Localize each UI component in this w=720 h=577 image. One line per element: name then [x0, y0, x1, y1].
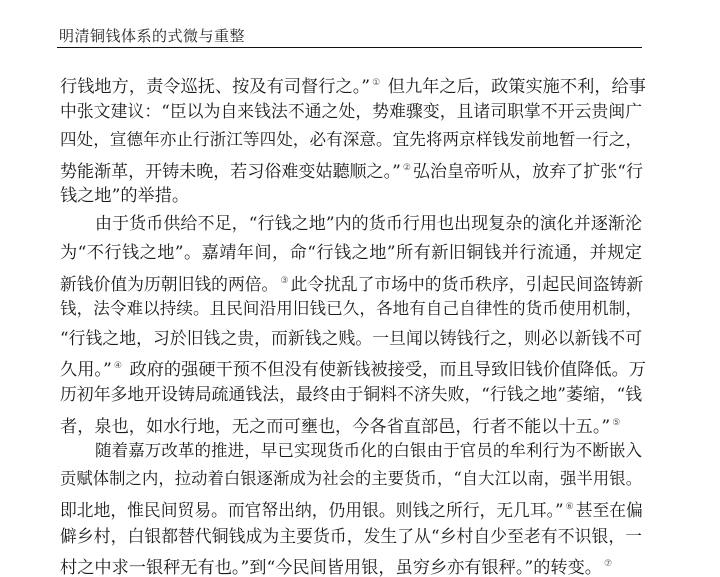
text-line: 四处，宣德年亦止行浙江等四处，必有深意。宜先将两京样钱发前地暂一行之，: [60, 126, 642, 154]
text-line: 久用。”④ 政府的强硬干预不但没有使新钱被接受，而且导致旧钱价值降低。万: [60, 352, 642, 380]
text-line: 新钱价值为历朝旧钱的两倍。③此令扰乱了市场中的货币秩序，引起民间盗铸新: [60, 267, 642, 295]
line-text: 钱之地”的举措。: [60, 186, 189, 206]
text-line: 历初年多地开设铸局疏通钱法，最终由于铜料不济失败，“行钱之地”萎缩，“钱: [60, 380, 642, 408]
footnote-marker[interactable]: ④: [114, 361, 122, 371]
line-text: 久用。”: [60, 360, 112, 380]
line-text: 但九年之后，政策实施不利，给事: [382, 77, 646, 97]
line-text: 者，泉也，如水行地，无之而可壅也，今各省直部邑，行者不能以十五。”: [60, 417, 610, 437]
line-text: 由于货币供给不足，“行钱之地”内的货币行用也出现复杂的演化并逐渐沦: [95, 214, 642, 234]
document-page: 明清铜钱体系的式微与重整 行钱地方，责令巡抚、按及有司督行之。”① 但九年之后，…: [0, 0, 720, 577]
text-line: 中张文建议：“臣以为自来钱法不通之处，势难骤变，且诸司职掌不开云贵闽广: [60, 97, 642, 125]
footnote-marker[interactable]: ⑥: [566, 502, 574, 512]
text-line: 村之中求一银秤无有也。”到“今民间皆用银，虽穷乡亦有银秤。”的转变。⑦: [60, 550, 642, 577]
footnote-marker[interactable]: ③: [280, 276, 288, 286]
text-line: 随着嘉万改革的推进，早已实现货币化的白银由于官员的牟利行为不断嵌入: [60, 437, 642, 465]
line-text: 行钱地方，责令巡抚、按及有司督行之。”: [60, 77, 370, 97]
footnote-marker[interactable]: ②: [403, 163, 411, 173]
running-head-title: 明清铜钱体系的式微与重整: [59, 25, 245, 46]
header-rule: [57, 47, 642, 48]
line-text: 村之中求一银秤无有也。”到“今民间皆用银，虽穷乡亦有银秤。”的转变。: [60, 558, 602, 577]
line-text: 四处，宣德年亦止行浙江等四处，必有深意。宜先将两京样钱发前地暂一行之，: [60, 130, 642, 149]
body-text: 行钱地方，责令巡抚、按及有司督行之。”① 但九年之后，政策实施不利，给事 中张文…: [60, 69, 642, 577]
line-text: 政府的强硬干预不但没有使新钱被接受，而且导致旧钱价值降低。万: [124, 360, 646, 380]
text-line: 者，泉也，如水行地，无之而可壅也，今各省直部邑，行者不能以十五。”⑤: [60, 409, 642, 437]
footnote-marker[interactable]: ⑤: [612, 418, 620, 428]
text-line: 行钱地方，责令巡抚、按及有司督行之。”① 但九年之后，政策实施不利，给事: [60, 69, 642, 97]
line-text: 中张文建议：“臣以为自来钱法不通之处，势难骤变，且诸司职掌不开云贵闽广: [60, 101, 642, 121]
text-line: 即北地，惟民间贸易。而官帑出纳，仍用银。则钱之所行，无几耳。”⑥甚至在偏: [60, 493, 642, 521]
line-text: 即北地，惟民间贸易。而官帑出纳，仍用银。则钱之所行，无几耳。”: [60, 500, 564, 520]
line-text: “行钱之地，习於旧钱之贵，而新钱之贱。一旦闻以铸钱行之，则必以新钱不可: [60, 328, 642, 348]
footnote-marker[interactable]: ⑦: [604, 559, 612, 569]
line-text: 钱，法令难以持续。且民间沿用旧钱已久，各地有自己自律性的货币使用机制，: [60, 299, 642, 318]
line-text: 僻乡村，白银都替代铜钱成为主要货币，发生了从“乡村自少至老有不识银，一: [60, 526, 642, 546]
text-line: 贡赋体制之内，拉动着白银逐渐成为社会的主要货币，“自大江以南，强半用银。: [60, 465, 642, 493]
text-line: 钱，法令难以持续。且民间沿用旧钱已久，各地有自己自律性的货币使用机制，: [60, 295, 642, 323]
line-text: 势能渐革，开铸未晚，若习俗难变姑聽顺之。”: [60, 162, 401, 182]
text-line: 钱之地”的举措。: [60, 182, 642, 210]
text-line: “行钱之地，习於旧钱之贵，而新钱之贱。一旦闻以铸钱行之，则必以新钱不可: [60, 324, 642, 352]
line-text: 贡赋体制之内，拉动着白银逐渐成为社会的主要货币，“自大江以南，强半用银。: [60, 469, 642, 488]
line-text: 为“不行钱之地”。嘉靖年间，命“行钱之地”所有新旧铜钱并行流通，并规定: [60, 243, 642, 263]
line-text: 随着嘉万改革的推进，早已实现货币化的白银由于官员的牟利行为不断嵌入: [95, 441, 642, 460]
line-text: 此令扰乱了市场中的货币秩序，引起民间盗铸新: [290, 274, 643, 294]
line-text: 甚至在偏: [576, 500, 643, 520]
text-line: 由于货币供给不足，“行钱之地”内的货币行用也出现复杂的演化并逐渐沦: [60, 210, 642, 238]
line-text: 历初年多地开设铸局疏通钱法，最终由于铜料不济失败，“行钱之地”萎缩，“钱: [60, 384, 642, 404]
text-line: 为“不行钱之地”。嘉靖年间，命“行钱之地”所有新旧铜钱并行流通，并规定: [60, 239, 642, 267]
line-text: 弘治皇帝听从，放弃了扩张“行: [413, 162, 643, 182]
footnote-marker[interactable]: ①: [372, 78, 380, 88]
line-text: 新钱价值为历朝旧钱的两倍。: [60, 274, 278, 294]
text-line: 势能渐革，开铸未晚，若习俗难变姑聽顺之。”②弘治皇帝听从，放弃了扩张“行: [60, 154, 642, 182]
text-line: 僻乡村，白银都替代铜钱成为主要货币，发生了从“乡村自少至老有不识银，一: [60, 522, 642, 550]
